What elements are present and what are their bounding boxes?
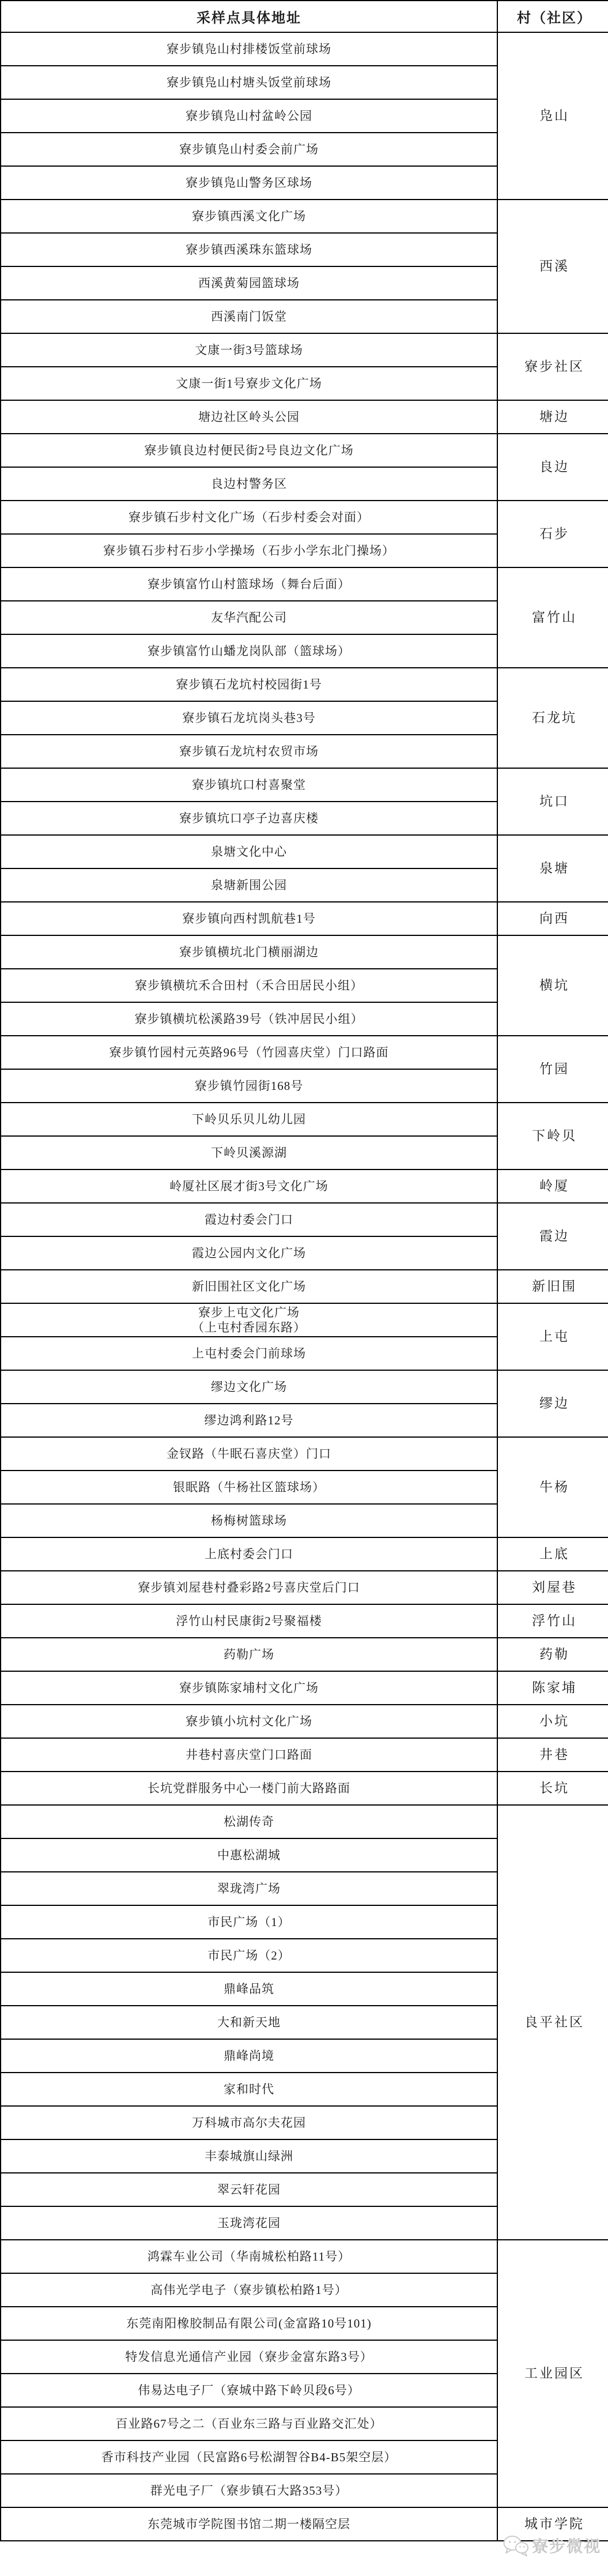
address-cell: 岭厦社区展才街3号文化广场 bbox=[1, 1169, 497, 1203]
address-cell: 寮步镇凫山村委会前广场 bbox=[1, 133, 497, 166]
address-cell: 丰泰城旗山绿洲 bbox=[1, 2139, 497, 2173]
address-cell: 松湖传奇 bbox=[1, 1805, 497, 1838]
address-cell: 翠珑湾广场 bbox=[1, 1872, 497, 1905]
address-cell: 寮步镇凫山警务区球场 bbox=[1, 166, 497, 200]
table-row: 松湖传奇良平社区 bbox=[1, 1805, 608, 1838]
table-row: 寮步镇刘屋巷村叠彩路2号喜庆堂后门口刘屋巷 bbox=[1, 1571, 608, 1604]
address-cell: 文康一街1号寮步文化广场 bbox=[1, 367, 497, 400]
village-cell: 良平社区 bbox=[497, 1805, 608, 2240]
address-cell: 下岭贝乐贝儿幼儿园 bbox=[1, 1103, 497, 1136]
address-cell: 寮步镇陈家埔村文化广场 bbox=[1, 1671, 497, 1705]
village-cell: 竹园 bbox=[497, 1036, 608, 1103]
table-row: 寮步镇横坑北门横丽湖边横坑 bbox=[1, 935, 608, 969]
address-cell: 高伟光学电子（寮步镇松柏路1号） bbox=[1, 2273, 497, 2307]
address-cell: 寮步镇西溪文化广场 bbox=[1, 200, 497, 233]
address-cell: 药勒广场 bbox=[1, 1638, 497, 1671]
village-cell: 下岭贝 bbox=[497, 1103, 608, 1169]
village-cell: 霞边 bbox=[497, 1203, 608, 1270]
address-cell: 霞边公园内文化广场 bbox=[1, 1236, 497, 1270]
address-cell: 群光电子厂（寮步镇石大路353号） bbox=[1, 2474, 497, 2507]
address-cell: 寮步镇竹园街168号 bbox=[1, 1069, 497, 1103]
address-cell: 香市科技产业园（民富路6号松湖智谷B4-B5架空层） bbox=[1, 2440, 497, 2474]
table-row: 寮步镇石龙坑村校园街1号石龙坑 bbox=[1, 668, 608, 701]
table-row: 寮步镇富竹山村篮球场（舞台后面）富竹山 bbox=[1, 567, 608, 601]
table-row: 塘边社区岭头公园塘边 bbox=[1, 400, 608, 434]
table-row: 新旧围社区文化广场新旧围 bbox=[1, 1270, 608, 1303]
address-cell: 寮步镇富竹山蟠龙岗队部（篮球场） bbox=[1, 634, 497, 668]
table-row: 井巷村喜庆堂门口路面井巷 bbox=[1, 1738, 608, 1772]
address-cell: 银眠路（牛杨社区篮球场） bbox=[1, 1471, 497, 1504]
table-row: 寮步镇坑口村喜聚堂坑口 bbox=[1, 768, 608, 802]
table-row: 寮步上屯文化广场 （上屯村香园东路）上屯 bbox=[1, 1303, 608, 1337]
village-cell: 上屯 bbox=[497, 1303, 608, 1370]
address-cell: 伟易达电子厂（寮城中路下岭贝段6号） bbox=[1, 2374, 497, 2407]
address-cell: 寮步镇坑口村喜聚堂 bbox=[1, 768, 497, 802]
address-cell: 下岭贝溪源湖 bbox=[1, 1136, 497, 1169]
village-cell: 岭厦 bbox=[497, 1169, 608, 1203]
address-cell: 寮步镇凫山村塘头饭堂前球场 bbox=[1, 66, 497, 99]
table-row: 下岭贝乐贝儿幼儿园下岭贝 bbox=[1, 1103, 608, 1136]
address-cell: 寮步镇良边村便民街2号良边文化广场 bbox=[1, 434, 497, 467]
table-row: 寮步镇陈家埔村文化广场陈家埔 bbox=[1, 1671, 608, 1705]
address-cell: 寮步镇石步村石步小学操场（石步小学东北门操场） bbox=[1, 534, 497, 567]
address-cell: 泉塘新围公园 bbox=[1, 868, 497, 902]
address-cell: 万科城市高尔夫花园 bbox=[1, 2106, 497, 2139]
address-cell: 杨梅树篮球场 bbox=[1, 1504, 497, 1537]
table-row: 寮步镇石步村文化广场（石步村委会对面）石步 bbox=[1, 501, 608, 534]
address-cell: 寮步镇富竹山村篮球场（舞台后面） bbox=[1, 567, 497, 601]
table-row: 浮竹山村民康街2号聚福楼浮竹山 bbox=[1, 1604, 608, 1638]
address-cell: 寮步镇凫山村排楼饭堂前球场 bbox=[1, 32, 497, 66]
address-cell: 翠云轩花园 bbox=[1, 2173, 497, 2206]
header-row: 采样点具体地址 村（社区） bbox=[1, 1, 608, 32]
header-village: 村（社区） bbox=[497, 1, 608, 32]
village-cell: 石步 bbox=[497, 501, 608, 567]
village-cell: 长坑 bbox=[497, 1772, 608, 1805]
village-cell: 凫山 bbox=[497, 32, 608, 200]
table-row: 寮步镇西溪文化广场西溪 bbox=[1, 200, 608, 233]
address-cell: 市民广场（2） bbox=[1, 1939, 497, 1972]
table-row: 上底村委会门口上底 bbox=[1, 1537, 608, 1571]
address-cell: 缪边鸿利路12号 bbox=[1, 1404, 497, 1437]
address-cell: 金钗路（牛眠石喜庆堂）门口 bbox=[1, 1437, 497, 1471]
address-cell: 寮步镇石步村文化广场（石步村委会对面） bbox=[1, 501, 497, 534]
sampling-points-page: 采样点具体地址 村（社区） 寮步镇凫山村排楼饭堂前球场凫山寮步镇凫山村塘头饭堂前… bbox=[0, 0, 608, 2576]
address-cell: 寮步镇横坑禾合田村（禾合田居民小组） bbox=[1, 969, 497, 1002]
address-cell: 霞边村委会门口 bbox=[1, 1203, 497, 1236]
address-cell: 西溪南门饭堂 bbox=[1, 300, 497, 333]
table-row: 缪边文化广场缪边 bbox=[1, 1370, 608, 1404]
address-cell: 鸿霖车业公司（华南城松柏路11号） bbox=[1, 2240, 497, 2273]
village-cell: 上底 bbox=[497, 1537, 608, 1571]
table-row: 泉塘文化中心泉塘 bbox=[1, 835, 608, 868]
table-row: 文康一街3号篮球场寮步社区 bbox=[1, 333, 608, 367]
table-row: 寮步镇良边村便民街2号良边文化广场良边 bbox=[1, 434, 608, 467]
address-cell: 文康一街3号篮球场 bbox=[1, 333, 497, 367]
address-cell: 寮步镇石龙坑岗头巷3号 bbox=[1, 701, 497, 735]
address-cell: 井巷村喜庆堂门口路面 bbox=[1, 1738, 497, 1772]
village-cell: 泉塘 bbox=[497, 835, 608, 902]
table-row: 寮步镇竹园村元英路96号（竹园喜庆堂）门口路面竹园 bbox=[1, 1036, 608, 1069]
address-cell: 浮竹山村民康街2号聚福楼 bbox=[1, 1604, 497, 1638]
table-row: 金钗路（牛眠石喜庆堂）门口牛杨 bbox=[1, 1437, 608, 1471]
village-cell: 向西 bbox=[497, 902, 608, 935]
address-cell: 良边村警务区 bbox=[1, 467, 497, 501]
address-cell: 寮步镇横坑北门横丽湖边 bbox=[1, 935, 497, 969]
village-cell: 西溪 bbox=[497, 200, 608, 333]
address-cell: 中惠松湖城 bbox=[1, 1838, 497, 1872]
address-cell: 上底村委会门口 bbox=[1, 1537, 497, 1571]
village-cell: 城市学院 bbox=[497, 2507, 608, 2541]
address-cell: 玉珑湾花园 bbox=[1, 2206, 497, 2240]
address-cell: 鼎峰品筑 bbox=[1, 1972, 497, 2006]
village-cell: 新旧围 bbox=[497, 1270, 608, 1303]
address-cell: 上屯村委会门前球场 bbox=[1, 1337, 497, 1370]
address-cell: 寮步镇向西村凯航巷1号 bbox=[1, 902, 497, 935]
address-cell: 寮步镇西溪珠东篮球场 bbox=[1, 233, 497, 266]
address-cell: 鼎峰尚境 bbox=[1, 2039, 497, 2073]
address-cell: 寮步镇刘屋巷村叠彩路2号喜庆堂后门口 bbox=[1, 1571, 497, 1604]
table-row: 药勒广场药勒 bbox=[1, 1638, 608, 1671]
village-cell: 坑口 bbox=[497, 768, 608, 835]
table-row: 岭厦社区展才街3号文化广场岭厦 bbox=[1, 1169, 608, 1203]
address-cell: 缪边文化广场 bbox=[1, 1370, 497, 1404]
address-cell: 特发信息光通信产业园（寮步金富东路3号） bbox=[1, 2340, 497, 2374]
address-cell: 泉塘文化中心 bbox=[1, 835, 497, 868]
address-cell: 市民广场（1） bbox=[1, 1905, 497, 1939]
village-cell: 牛杨 bbox=[497, 1437, 608, 1537]
table-body: 寮步镇凫山村排楼饭堂前球场凫山寮步镇凫山村塘头饭堂前球场寮步镇凫山村盆岭公园寮步… bbox=[1, 32, 608, 2541]
address-cell: 大和新天地 bbox=[1, 2006, 497, 2039]
village-cell: 寮步社区 bbox=[497, 333, 608, 400]
table-row: 东莞城市学院图书馆二期一楼隔空层城市学院 bbox=[1, 2507, 608, 2541]
address-cell: 寮步镇小坑村文化广场 bbox=[1, 1705, 497, 1738]
village-cell: 石龙坑 bbox=[497, 668, 608, 768]
village-cell: 横坑 bbox=[497, 935, 608, 1036]
table-row: 鸿霖车业公司（华南城松柏路11号）工业园区 bbox=[1, 2240, 608, 2273]
table-row: 寮步镇凫山村排楼饭堂前球场凫山 bbox=[1, 32, 608, 66]
address-cell: 寮步镇坑口亭子边喜庆楼 bbox=[1, 802, 497, 835]
address-cell: 新旧围社区文化广场 bbox=[1, 1270, 497, 1303]
address-cell: 寮步镇石龙坑村校园街1号 bbox=[1, 668, 497, 701]
village-cell: 刘屋巷 bbox=[497, 1571, 608, 1604]
village-cell: 缪边 bbox=[497, 1370, 608, 1437]
address-cell: 家和时代 bbox=[1, 2073, 497, 2106]
village-cell: 井巷 bbox=[497, 1738, 608, 1772]
village-cell: 工业园区 bbox=[497, 2240, 608, 2507]
address-cell: 友华汽配公司 bbox=[1, 601, 497, 634]
address-cell: 塘边社区岭头公园 bbox=[1, 400, 497, 434]
table-row: 寮步镇向西村凯航巷1号向西 bbox=[1, 902, 608, 935]
village-cell: 药勒 bbox=[497, 1638, 608, 1671]
address-cell: 寮步镇凫山村盆岭公园 bbox=[1, 99, 497, 133]
address-cell: 东莞城市学院图书馆二期一楼隔空层 bbox=[1, 2507, 497, 2541]
address-cell: 寮步上屯文化广场 （上屯村香园东路） bbox=[1, 1303, 497, 1337]
address-cell: 西溪黄菊园篮球场 bbox=[1, 266, 497, 300]
address-cell: 寮步镇竹园村元英路96号（竹园喜庆堂）门口路面 bbox=[1, 1036, 497, 1069]
address-cell: 寮步镇石龙坑村农贸市场 bbox=[1, 735, 497, 768]
address-cell: 百业路67号之二（百业东三路与百业路交汇处） bbox=[1, 2407, 497, 2440]
address-cell: 长坑党群服务中心一楼门前大路路面 bbox=[1, 1772, 497, 1805]
header-address: 采样点具体地址 bbox=[1, 1, 497, 32]
village-cell: 陈家埔 bbox=[497, 1671, 608, 1705]
village-cell: 富竹山 bbox=[497, 567, 608, 668]
village-cell: 塘边 bbox=[497, 400, 608, 434]
table-row: 霞边村委会门口霞边 bbox=[1, 1203, 608, 1236]
village-cell: 浮竹山 bbox=[497, 1604, 608, 1638]
table-row: 寮步镇小坑村文化广场小坑 bbox=[1, 1705, 608, 1738]
village-cell: 小坑 bbox=[497, 1705, 608, 1738]
address-cell: 寮步镇横坑松溪路39号（铁冲居民小组） bbox=[1, 1002, 497, 1036]
table-row: 长坑党群服务中心一楼门前大路路面长坑 bbox=[1, 1772, 608, 1805]
village-cell: 良边 bbox=[497, 434, 608, 501]
sampling-points-table: 采样点具体地址 村（社区） 寮步镇凫山村排楼饭堂前球场凫山寮步镇凫山村塘头饭堂前… bbox=[0, 0, 608, 2541]
address-cell: 东莞南阳橡胶制品有限公司(金富路10号101) bbox=[1, 2307, 497, 2340]
